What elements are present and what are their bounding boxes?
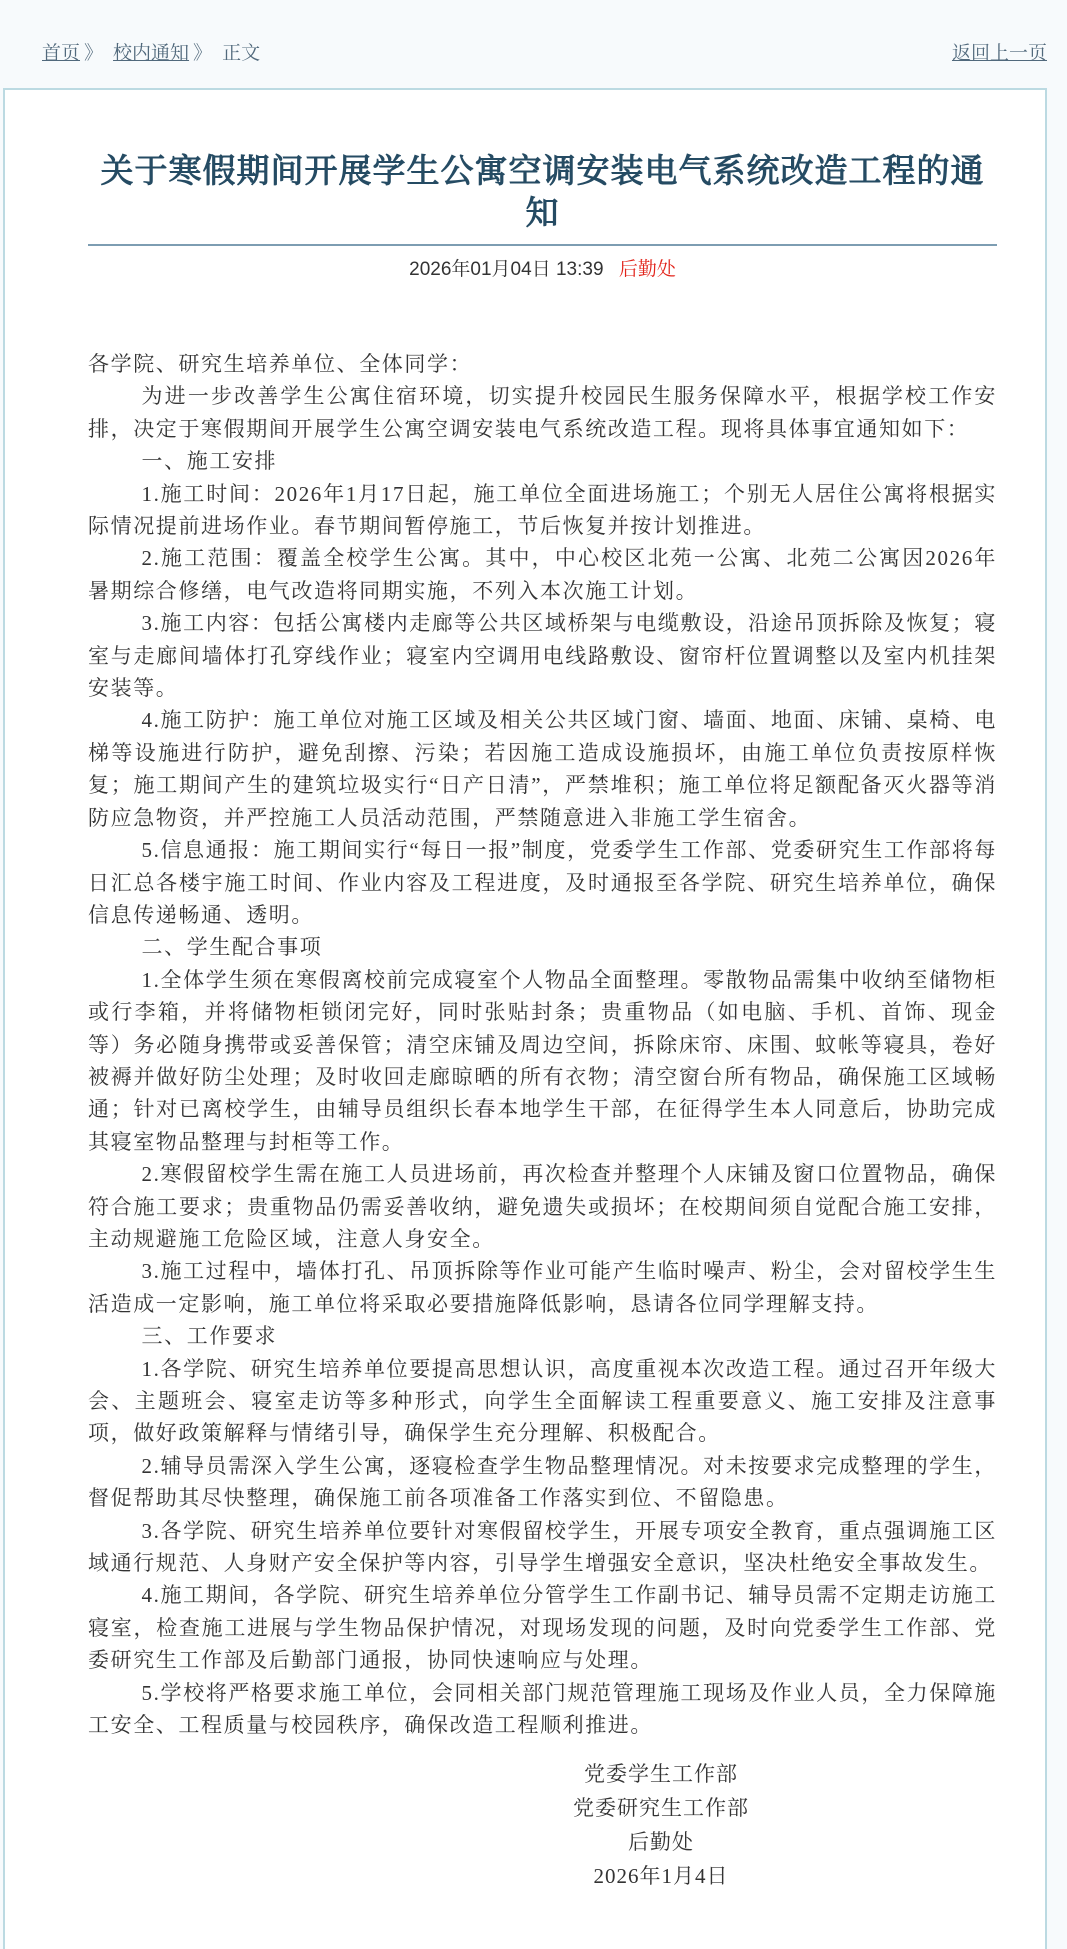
article-meta: 2026年01月04日 13:39 后勤处: [88, 258, 997, 282]
publish-department: 后勤处: [619, 259, 676, 280]
article-body: 各学院、研究生培养单位、全体同学： 为进一步改善学生公寓住宿环境，切实提升校园民…: [88, 348, 997, 1741]
body-paragraph: 一、施工安排: [88, 445, 997, 477]
publish-date: 2026年01月04日 13:39: [409, 259, 603, 280]
body-paragraph: 1.各学院、研究生培养单位要提高思想认识，高度重视本次改造工程。通过召开年级大会…: [88, 1353, 997, 1450]
salutation: 各学院、研究生培养单位、全体同学：: [88, 348, 997, 380]
body-paragraph: 2.寒假留校学生需在施工人员进场前，再次检查并整理个人床铺及窗口位置物品，确保符…: [88, 1158, 997, 1255]
body-paragraph: 1.施工时间：2026年1月17日起，施工单位全面进场施工；个别无人居住公寓将根…: [88, 478, 997, 543]
signature-block: 党委学生工作部 党委研究生工作部 后勤处 2026年1月4日: [511, 1757, 811, 1893]
breadcrumb: 首页 》 校内通知 》 正文 返回上一页: [0, 0, 1067, 88]
body-paragraph: 4.施工期间，各学院、研究生培养单位分管学生工作副书记、辅导员需不定期走访施工寝…: [88, 1579, 997, 1676]
breadcrumb-separator: 》: [84, 38, 103, 65]
breadcrumb-current: 正文: [222, 38, 260, 65]
back-to-previous-link[interactable]: 返回上一页: [952, 38, 1047, 65]
breadcrumb-home-link[interactable]: 首页: [42, 38, 80, 65]
body-paragraph: 4.施工防护：施工单位对施工区域及相关公共区域门窗、墙面、地面、床铺、桌椅、电梯…: [88, 704, 997, 834]
paragraph-list: 为进一步改善学生公寓住宿环境，切实提升校园民生服务保障水平，根据学校工作安排，决…: [88, 380, 997, 1741]
signature-line: 2026年1月4日: [511, 1859, 811, 1893]
body-paragraph: 2.施工范围：覆盖全校学生公寓。其中，中心校区北苑一公寓、北苑二公寓因2026年…: [88, 542, 997, 607]
body-paragraph: 3.各学院、研究生培养单位要针对寒假留校学生，开展专项安全教育，重点强调施工区域…: [88, 1515, 997, 1580]
body-paragraph: 1.全体学生须在寒假离校前完成寝室个人物品全面整理。零散物品需集中收纳至储物柜或…: [88, 964, 997, 1158]
article-card: 关于寒假期间开展学生公寓空调安装电气系统改造工程的通知 2026年01月04日 …: [3, 88, 1047, 1949]
signature-line: 党委研究生工作部: [511, 1791, 811, 1825]
title-divider: [88, 244, 997, 246]
breadcrumb-trail: 首页 》 校内通知 》 正文: [42, 38, 260, 65]
breadcrumb-separator: 》: [193, 38, 212, 65]
body-paragraph: 3.施工内容：包括公寓楼内走廊等公共区域桥架与电缆敷设，沿途吊顶拆除及恢复；寝室…: [88, 607, 997, 704]
body-paragraph: 二、学生配合事项: [88, 931, 997, 963]
signature-line: 党委学生工作部: [511, 1757, 811, 1791]
body-paragraph: 5.信息通报：施工期间实行“每日一报”制度，党委学生工作部、党委研究生工作部将每…: [88, 834, 997, 931]
body-paragraph: 2.辅导员需深入学生公寓，逐寝检查学生物品整理情况。对未按要求完成整理的学生，督…: [88, 1450, 997, 1515]
breadcrumb-section-link[interactable]: 校内通知: [113, 38, 189, 65]
signature-line: 后勤处: [511, 1825, 811, 1859]
article-title: 关于寒假期间开展学生公寓空调安装电气系统改造工程的通知: [88, 90, 997, 234]
body-paragraph: 为进一步改善学生公寓住宿环境，切实提升校园民生服务保障水平，根据学校工作安排，决…: [88, 380, 997, 445]
body-paragraph: 5.学校将严格要求施工单位，会同相关部门规范管理施工现场及作业人员，全力保障施工…: [88, 1677, 997, 1742]
body-paragraph: 3.施工过程中，墙体打孔、吊顶拆除等作业可能产生临时噪声、粉尘，会对留校学生生活…: [88, 1255, 997, 1320]
body-paragraph: 三、工作要求: [88, 1320, 997, 1352]
